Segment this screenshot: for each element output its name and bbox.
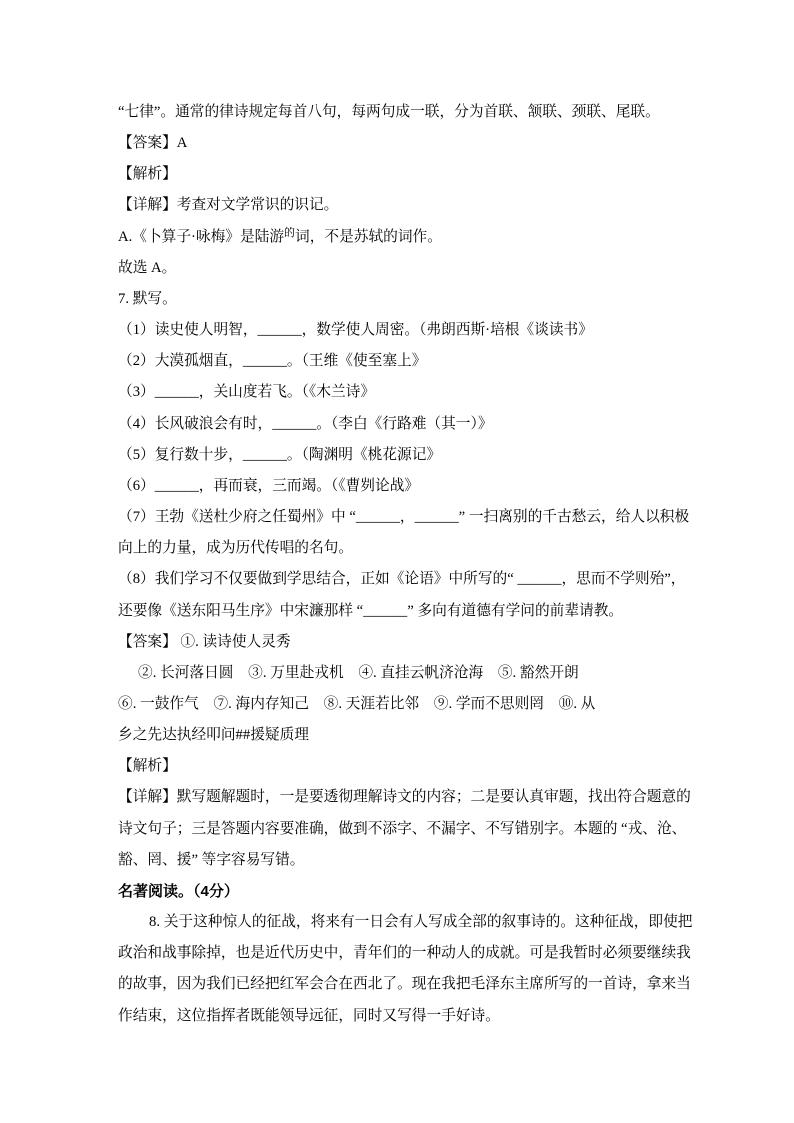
text-line: 作结束，这位指挥者既能领导远征，同时又写得一手好诗。 (118, 1001, 778, 1032)
text-line: 【解析】 (118, 159, 778, 190)
document-body: “七律”。通常的律诗规定每首八句，每两句成一联，分为首联、颔联、颈联、尾联。【答… (118, 97, 778, 1032)
text-line: 向上的力量，成为历代传唱的名句。 (118, 533, 778, 564)
text-line: “七律”。通常的律诗规定每首八句，每两句成一联，分为首联、颔联、颈联、尾联。 (118, 97, 778, 128)
text-line: ②. 长河落日圆 ③. 万里赴戎机 ④. 直挂云帆济沧海 ⑤. 豁然开朗 (118, 658, 778, 689)
text-line: 【详解】默写题解题时，一是要透彻理解诗文的内容；二是要认真审题，找出符合题意的 (118, 782, 778, 813)
text-line: 豁、罔、援” 等字容易写错。 (118, 845, 778, 876)
text-line: ⑥. 一鼓作气 ⑦. 海内存知己 ⑧. 天涯若比邻 ⑨. 学而不思则罔 ⑩. 从 (118, 689, 778, 720)
document-page: “七律”。通常的律诗规定每首八句，每两句成一联，分为首联、颔联、颈联、尾联。【答… (0, 0, 794, 1123)
text-line: （7）王勃《送杜少府之任蜀州》中 “______，______” 一扫离别的千古… (118, 502, 778, 533)
text-line: （1）读史使人明智，______，数学使人周密。（弗朗西斯·培根《谈读书》 (118, 315, 778, 346)
text-line: 8. 关于这种惊人的征战，将来有一日会有人写成全部的叙事诗的。这种征战，即使把 (118, 907, 778, 938)
text-line: （3）______，关山度若飞。（《木兰诗》 (118, 377, 778, 408)
text-line: 乡之先达执经叩问##援疑质理 (118, 720, 778, 751)
text-line: （8）我们学习不仅要做到学思结合，正如《论语》中所写的“ ______，思而不学… (118, 564, 778, 595)
text-line: （6）______，再而衰，三而竭。（《曹刿论战》 (118, 471, 778, 502)
text-line: 名著阅读。（4分） (118, 876, 778, 907)
text-line: （2）大漠孤烟直，______。（王维《使至塞上》 (118, 346, 778, 377)
text-line: 【详解】考查对文学常识的识记。 (118, 190, 778, 221)
text-line: 政治和战事除掉，也是近代历史中，青年们的一种动人的成就。可是我暂时必须要继续我 (118, 938, 778, 969)
text-line: A.《卜算子·咏梅》是陆游的词，不是苏轼的词作。 (118, 222, 778, 253)
text-line: 【答案】 ①. 读诗使人灵秀 (118, 627, 778, 658)
text-line: 【解析】 (118, 751, 778, 782)
text-line: 故选 A。 (118, 253, 778, 284)
superscript-text: 的 (284, 227, 295, 239)
text-line: 诗文句子；三是答题内容要准确，做到不添字、不漏字、不写错别字。本题的 “戎、沧、 (118, 814, 778, 845)
text-line: 【答案】A (118, 128, 778, 159)
text-line: （4）长风破浪会有时，______。（李白《行路难（其一）》 (118, 409, 778, 440)
text-segment: A.《卜算子·咏梅》是陆游 (118, 229, 284, 245)
text-line: 的故事，因为我们已经把红军会合在西北了。现在我把毛泽东主席所写的一首诗，拿来当 (118, 969, 778, 1000)
text-line: 还要像《送东阳马生序》中宋濂那样 “______” 多向有道德有学问的前辈请教。 (118, 596, 778, 627)
text-segment: 词，不是苏轼的词作。 (295, 229, 442, 245)
text-line: 7. 默写。 (118, 284, 778, 315)
text-line: （5）复行数十步，______。（陶渊明《桃花源记》 (118, 440, 778, 471)
